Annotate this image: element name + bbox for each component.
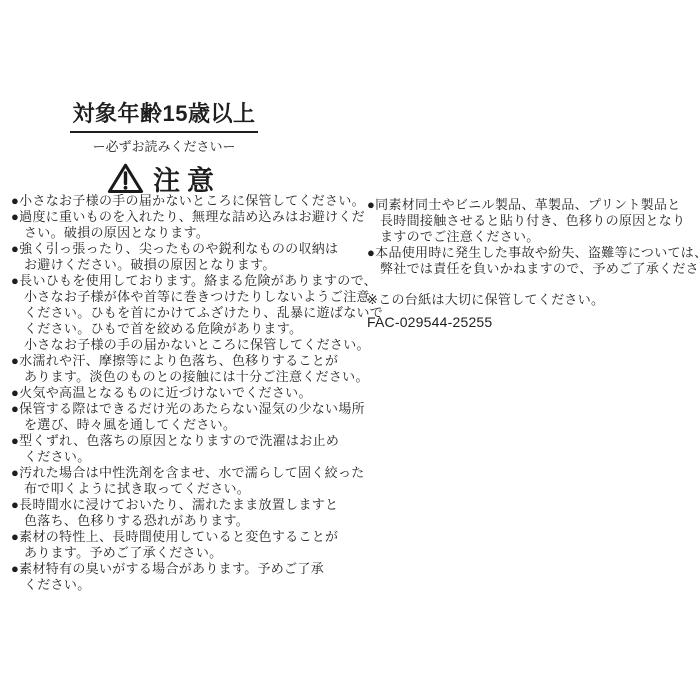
warnings-column-left: ●小さなお子様の手の届かないところに保管してください。 ●過度に重いものを入れた… bbox=[11, 193, 363, 593]
warning-line: 小さなお子様が体や首等に巻きつけたりしないようご注意 bbox=[11, 289, 363, 305]
warning-line: ください。 bbox=[11, 449, 363, 465]
warning-line: ●長時間水に浸けておいたり、濡れたまま放置しますと bbox=[11, 497, 363, 513]
warning-line: ください。 bbox=[11, 577, 363, 593]
warnings-column-right: ●同素材同士やビニル製品、革製品、プリント製品と 長時間接触させると貼り付き、色… bbox=[367, 197, 697, 330]
warning-line: ●型くずれ、色落ちの原因となりますので洗濯はお止め bbox=[11, 433, 363, 449]
warning-line: ください。ひもで首を絞める危険があります。 bbox=[11, 321, 363, 337]
storage-note: ※この台紙は大切に保管してください。 bbox=[367, 292, 697, 308]
warning-line: ●火気や高温となるものに近づけないでください。 bbox=[11, 385, 363, 401]
warning-line: ●同素材同士やビニル製品、革製品、プリント製品と bbox=[367, 197, 697, 213]
warning-line: ●保管する際はできるだけ光のあたらない湿気の少ない場所 bbox=[11, 401, 363, 417]
warning-line: あります。淡色のものとの接触には十分ご注意ください。 bbox=[11, 369, 363, 385]
warning-line: ●素材の特性上、長時間使用していると変色することが bbox=[11, 529, 363, 545]
warning-line: ●水濡れや汗、摩擦等により色落ち、色移りすることが bbox=[11, 353, 363, 369]
warning-line: を選び、時々風を通してください。 bbox=[11, 417, 363, 433]
warning-line: 弊社では責任を負いかねますので、予めご了承ください。 bbox=[367, 261, 697, 277]
warning-line: ●本品使用時に発生した事故や紛失、盗難等については、 bbox=[367, 245, 697, 261]
warning-line: ●小さなお子様の手の届かないところに保管してください。 bbox=[11, 193, 363, 209]
age-requirement-title: 対象年齢15歳以上 bbox=[70, 97, 259, 133]
warning-line: 布で叩くように拭き取ってください。 bbox=[11, 481, 363, 497]
warning-line: 色落ち、色移りする恐れがあります。 bbox=[11, 513, 363, 529]
warning-line: 長時間接触させると貼り付き、色移りの原因となり bbox=[367, 213, 697, 229]
read-first-note: ー必ずお読みくださいー bbox=[62, 136, 266, 155]
care-tag-page: 対象年齢15歳以上 ー必ずお読みくださいー 注意 ●小さなお子様の手の届かないと… bbox=[0, 0, 700, 700]
warning-line: お避けください。破損の原因となります。 bbox=[11, 257, 363, 273]
warning-line: あります。予めご了承ください。 bbox=[11, 545, 363, 561]
warning-line: ますのでご注意ください。 bbox=[367, 229, 697, 245]
warning-line: さい。破損の原因となります。 bbox=[11, 225, 363, 241]
warning-line: 小さなお子様の手の届かないところに保管してください。 bbox=[11, 337, 363, 353]
product-code: FAC-029544-25255 bbox=[367, 314, 697, 330]
warning-line: ください。ひもを首にかけてふざけたり、乱暴に遊ばないで bbox=[11, 305, 363, 321]
warning-line: ●長いひもを使用しております。絡まる危険がありますので、 bbox=[11, 273, 363, 289]
warning-triangle-icon bbox=[107, 162, 144, 195]
warning-line: ●汚れた場合は中性洗剤を含ませ、水で濡らして固く絞った bbox=[11, 465, 363, 481]
warning-line: ●素材特有の臭いがする場合があります。予めご了承 bbox=[11, 561, 363, 577]
caution-header: 対象年齢15歳以上 ー必ずお読みくださいー 注意 bbox=[62, 97, 266, 198]
warning-line: ●強く引っ張ったり、尖ったものや鋭利なものの収納は bbox=[11, 241, 363, 257]
warning-line: ●過度に重いものを入れたり、無理な詰め込みはお避けくだ bbox=[11, 209, 363, 225]
